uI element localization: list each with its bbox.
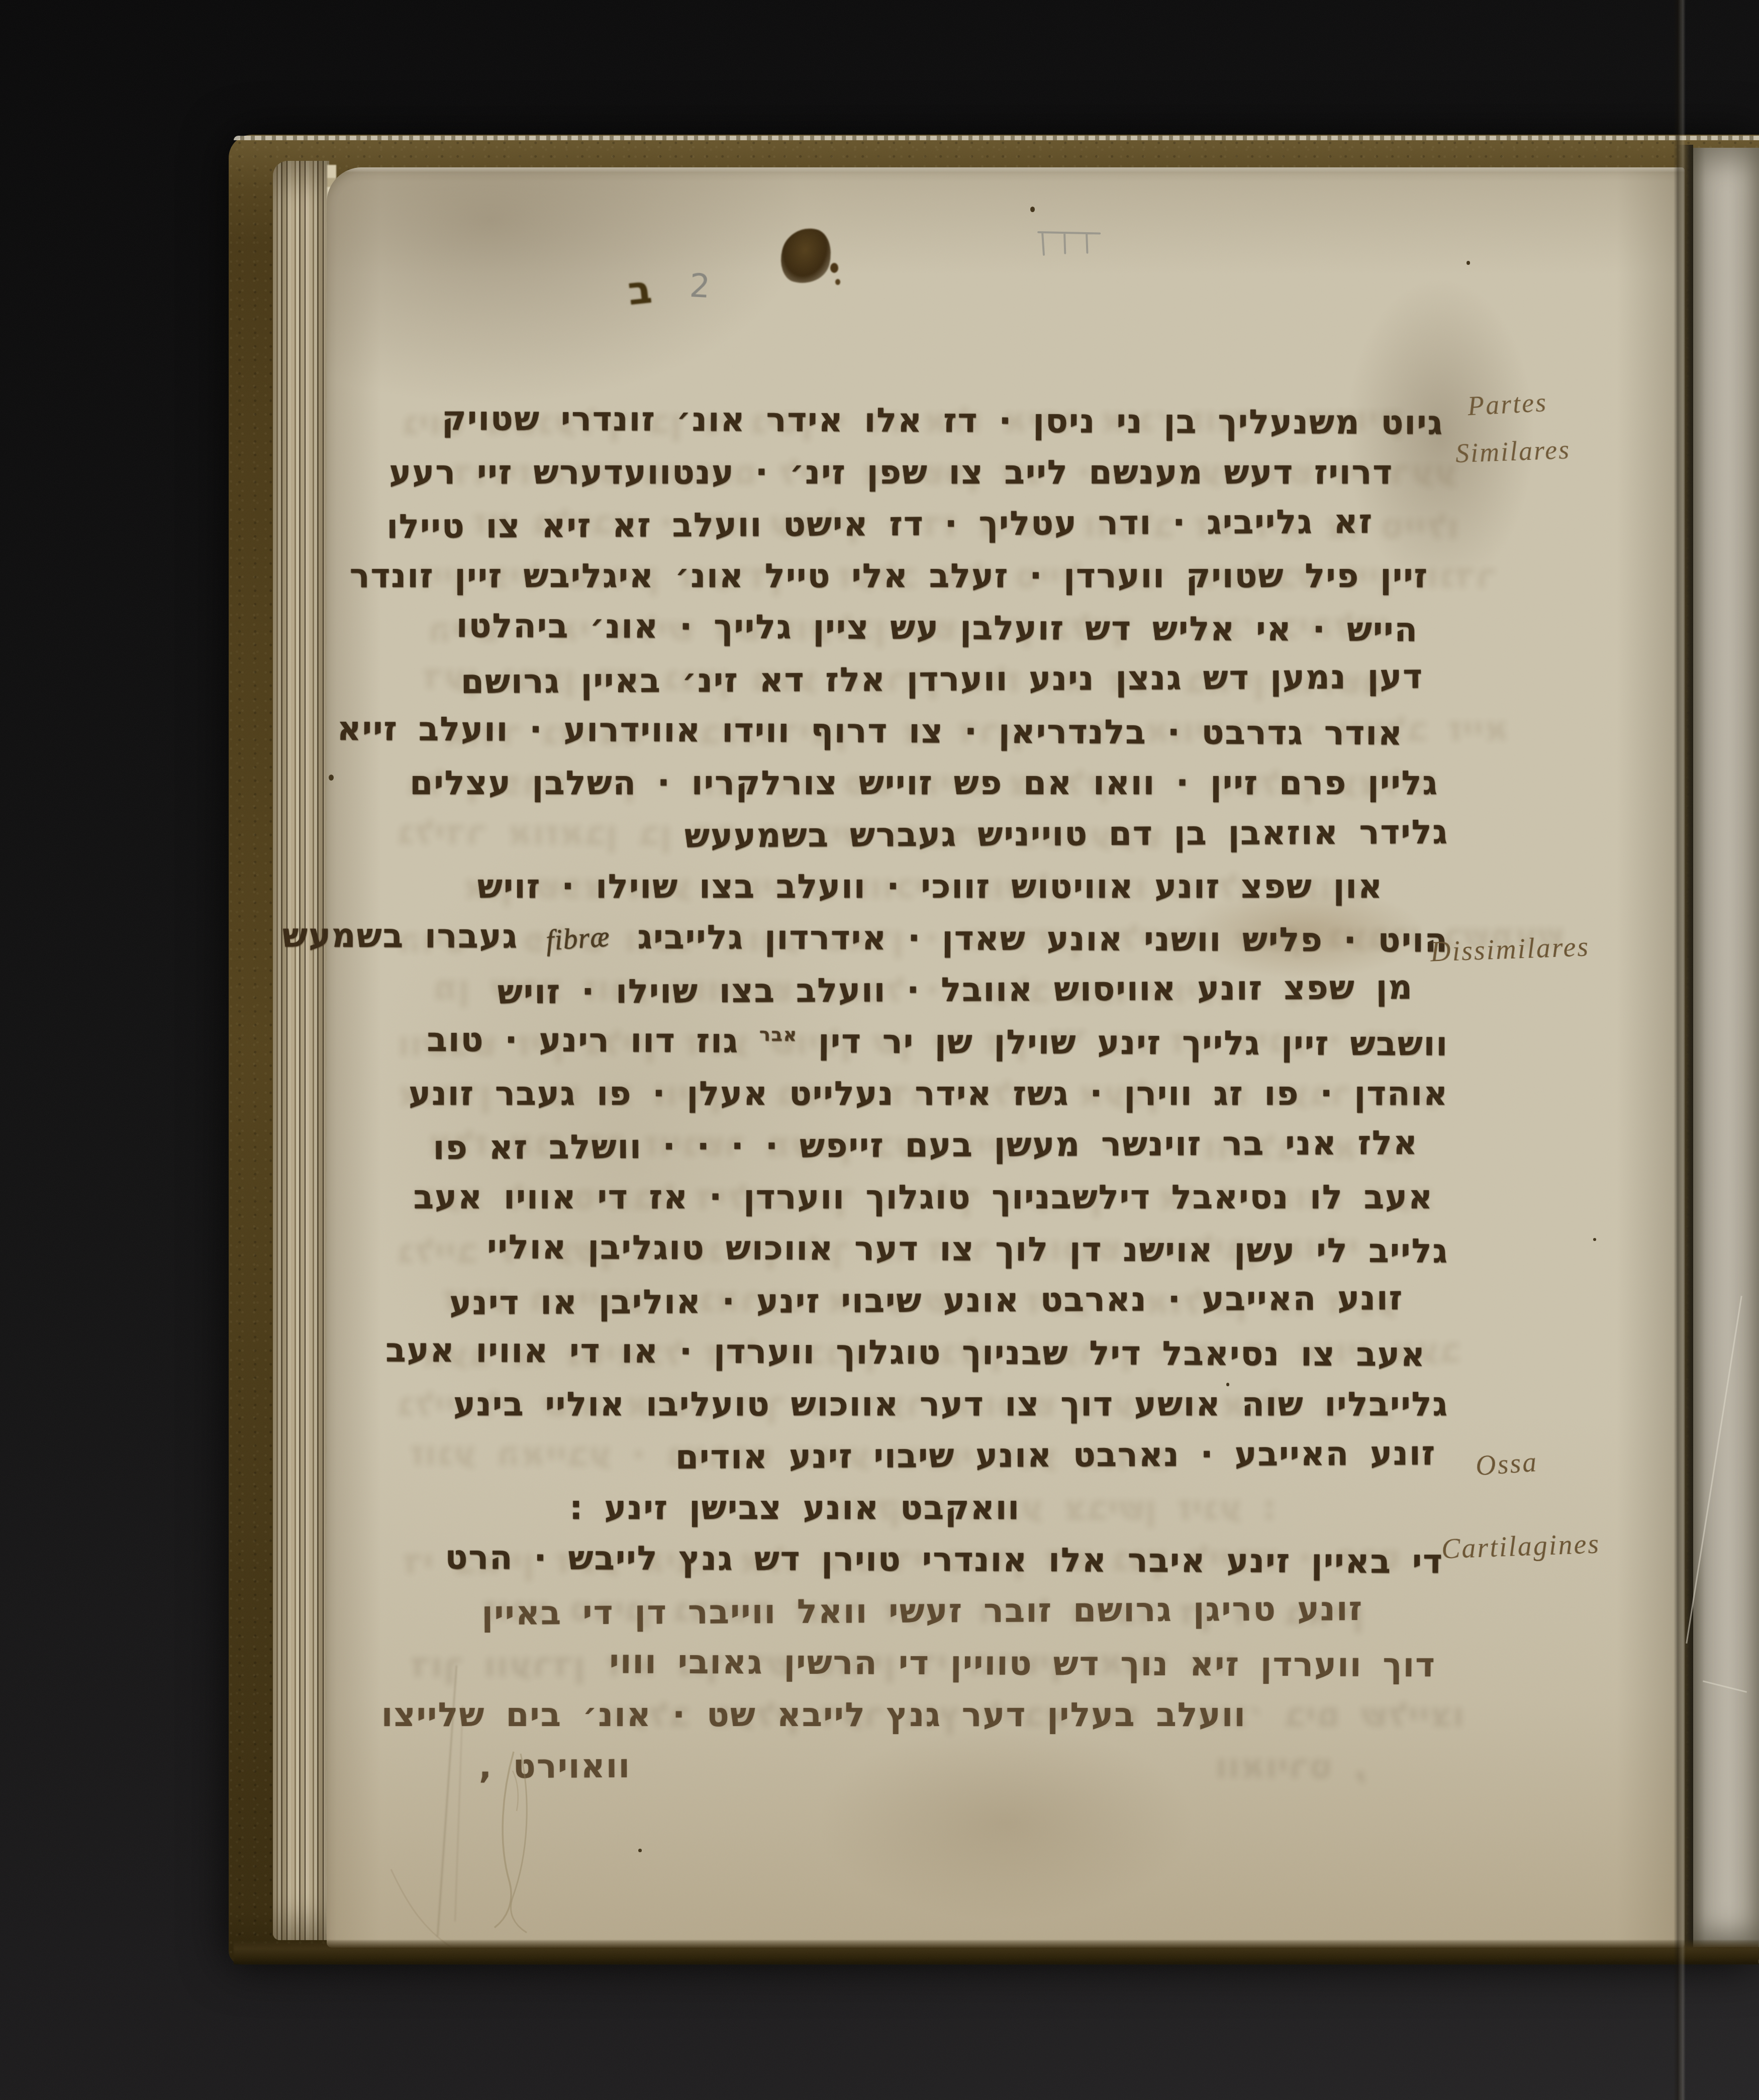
hebrew-text-run: אלז אני בר זוינשר מעשן בעם זייפש · · · ·… (433, 1123, 1418, 1167)
speck (1030, 207, 1035, 212)
folio-letter: ב (626, 267, 653, 314)
manuscript-text-block: גיוט משנעליך בן ני ניסן · דז אלו אידר או… (397, 395, 1448, 1792)
margin-note-dissimilares: Dissimilares (1430, 930, 1590, 968)
manuscript-line: אוהדן · פו זג ווירן · גשז אידר נעלייט אע… (397, 1068, 1448, 1119)
manuscript-line: גליין פרם זיין · וואו אם פש זוייש צורלקר… (397, 757, 1438, 809)
hebrew-text-run: וואקבט אונע צבישן זינע : (569, 1488, 1020, 1527)
cover-top-edge-highlight (234, 136, 1759, 140)
margin-note-partes: Partes (1467, 387, 1548, 422)
manuscript-line: גיוט משנעליך בן ני ניסן · דז אלו אידר או… (397, 392, 1443, 448)
margin-note-cartilagines: Cartilagines (1441, 1528, 1601, 1566)
pencil-scribble (1033, 223, 1116, 274)
latin-gloss-fibrae: fibræ (537, 910, 619, 967)
parchment-page: ב 2 גיוט משנעליך בן ני ניסן · דז אלו איד… (327, 167, 1685, 1948)
manuscript-line: דוך ווערדן זיא נוך דש טוויין די הרשין גא… (397, 1635, 1436, 1691)
hebrew-text-run: דרויז דעש מענשם לייב צו שפן זינ׳ · ענטוו… (389, 453, 1393, 492)
manuscript-line: גלייבליו שוה אושע דוך צו דער אווכוש טועל… (397, 1378, 1448, 1430)
hebrew-text-run: וושבש זיין גלייך זינע שוילן שן יר דין (818, 1022, 1448, 1063)
hebrew-text-run: גלידר אוזאבן בן דם טוייניש געברש בשמעעש (685, 813, 1449, 855)
hebrew-text-run: זיין פיל שטויק ווערדן · זעלב אלי טייל או… (350, 556, 1428, 595)
manuscript-photo: ב 2 גיוט משנעליך בן ני ניסן · דז אלו איד… (0, 0, 1759, 2100)
manuscript-line: און שפצ זונע אוויטוש זווכי · וועלב בצו ש… (397, 861, 1383, 912)
manuscript-line: דרויז דעש מענשם לייב צו שפן זינ׳ · ענטוו… (397, 446, 1393, 498)
manuscript-line: זונע האייבע · נארבט אונע שיבוי זינע אודי… (397, 1427, 1436, 1485)
pencil-sketch (477, 1751, 553, 1942)
manuscript-line: זונע טריגן גרושם זובר זעשי וואל ווייבר ד… (397, 1583, 1363, 1640)
manuscript-line: די באיין זינע איבר אלו אונדרי טוירן דש ג… (397, 1531, 1443, 1587)
manuscript-line: וואקבט אונע צבישן זינע : (397, 1482, 1020, 1534)
hebrew-text-run: וועלב בעלין דער גנץ לייבא שט · אונ׳ בים … (381, 1695, 1246, 1734)
facing-page-edge (1693, 148, 1759, 1947)
manuscript-line: גלייב לי עשן אוישנ דן לוך צו דער אווכוש … (397, 1220, 1448, 1277)
hebrew-text-run: גיוט משנעליך בן ני ניסן · דז אלו אידר או… (442, 399, 1443, 442)
manuscript-line: אודר גדרבט · בלנדריאן · צו דרוף ווידו או… (397, 703, 1403, 759)
margin-note-similares: Similares (1455, 434, 1571, 469)
ink-blot-dot (830, 263, 838, 273)
hebrew-text-run: די באיין זינע איבר אלו אונדרי טוירן דש ג… (445, 1538, 1443, 1581)
hebrew-text-run: אעב צו נסיאבל דיל שבניוך טוגלוך ווערדן ·… (385, 1330, 1426, 1374)
hebrew-text-run: זא גלייביג · ודר עטליך · דז אישט וועלב ז… (386, 502, 1373, 546)
hebrew-text-run: זונע האייבע · נארבט אונע שיבוי זינע אודי… (675, 1434, 1436, 1477)
manuscript-line: אעב לו נסיאבל דילשבניוך טוגלוך ווערדן · … (397, 1171, 1433, 1223)
hebrew-text-run: און שפצ זונע אוויטוש זווכי · וועלב בצו ש… (477, 867, 1383, 906)
speck (1593, 1238, 1596, 1241)
speck (1467, 261, 1470, 265)
hebrew-text-run: געברו בשמעש (282, 916, 518, 956)
page-number-pencil: 2 (689, 267, 711, 306)
manuscript-line: מן שפצ זונע אוויסוש אוובל · וועלב בצו שו… (397, 962, 1414, 1019)
book: ב 2 גיוט משנעליך בן ני ניסן · דז אלו איד… (229, 135, 1759, 1964)
hebrew-text-run: גוז דוו רינע · טוב (427, 1020, 739, 1061)
speck (638, 1849, 642, 1852)
ink-blot-dot (835, 279, 840, 285)
manuscript-line: וושבש זיין גלייך זינע שוילן שן יר דין אב… (397, 1013, 1448, 1070)
ink-blot (775, 223, 837, 289)
margin-note-ossa: Ossa (1475, 1446, 1539, 1482)
hebrew-text-run: מן שפצ זונע אוויסוש אוובל · וועלב בצו שו… (497, 968, 1413, 1012)
hebrew-text-run: דען נמען דש גנצן נינע ווערדן אלז דא זינ׳… (461, 657, 1424, 701)
speck (329, 775, 334, 781)
speck (1226, 1383, 1229, 1386)
manuscript-line: הויט · פליש וושני אונע שאדן · אידרדון גל… (397, 910, 1448, 966)
book-bottom-edge (234, 1940, 1759, 1964)
hebrew-text-run: זונע האייבע · נארבט אונע שיבוי זינע · או… (449, 1279, 1403, 1322)
manuscript-line: אעב צו נסיאבל דיל שבניוך טוגלוך ווערדן ·… (397, 1324, 1426, 1381)
hebrew-text-run: אוהדן · פו זג ווירן · גשז אידר נעלייט אע… (409, 1074, 1448, 1113)
hebrew-text-run: דוך ווערדן זיא נוך דש טוויין די הרשין גא… (609, 1642, 1436, 1684)
manuscript-line: זונע האייבע · נארבט אונע שיבוי זינע · או… (397, 1272, 1404, 1329)
hebrew-text-run: הייש · אי אליש דש זועלבן עש ציין גלייך ·… (456, 606, 1419, 649)
manuscript-line: זיין פיל שטויק ווערדן · זעלב אלי טייל או… (397, 550, 1428, 602)
facing-page-crack (1686, 1296, 1742, 1644)
hebrew-text-run: אודר גדרבט · בלנדריאן · צו דרוף ווידו או… (337, 709, 1403, 752)
hebrew-text-run: גליין פרם זיין · וואו אם פש זוייש צורלקר… (410, 763, 1438, 802)
manuscript-line: וועלב בעלין דער גנץ לייבא שט · אונ׳ בים … (397, 1689, 1246, 1741)
facing-page-crack (1703, 1680, 1747, 1693)
manuscript-line: דען נמען דש גנצן נינע ווערדן אלז דא זינ׳… (397, 651, 1424, 708)
pencil-sketch-arc (386, 1866, 456, 1952)
hebrew-text-run: גלייבליו שוה אושע דוך צו דער אווכוש טועל… (453, 1385, 1448, 1423)
manuscript-line: הייש · אי אליש דש זועלבן עש ציין גלייך ·… (397, 600, 1418, 656)
hebrew-text-run: הויט · פליש וושני אונע שאדן · אידרדון גל… (637, 918, 1448, 960)
hebrew-text-run: זונע טריגן גרושם זובר זעשי וואל ווייבר ד… (481, 1589, 1363, 1633)
hebrew-text-run: גלייב לי עשן אוישנ דן לוך צו דער אווכוש … (487, 1227, 1448, 1270)
glass-edge-line (1674, 0, 1686, 2100)
manuscript-line: אלז אני בר זוינשר מעשן בעם זייפש · · · ·… (397, 1117, 1419, 1174)
manuscript-line: גלידר אוזאבן בן דם טוייניש געברש בשמעעש (397, 806, 1449, 864)
page-stack-edges (273, 161, 329, 1940)
hebrew-text-run: אעב לו נסיאבל דילשבניוך טוגלוך ווערדן · … (414, 1178, 1433, 1216)
manuscript-line: זא גלייביג · ודר עטליך · דז אישט וועלב ז… (397, 496, 1374, 552)
interlinear-correction: אבר (759, 1028, 798, 1043)
